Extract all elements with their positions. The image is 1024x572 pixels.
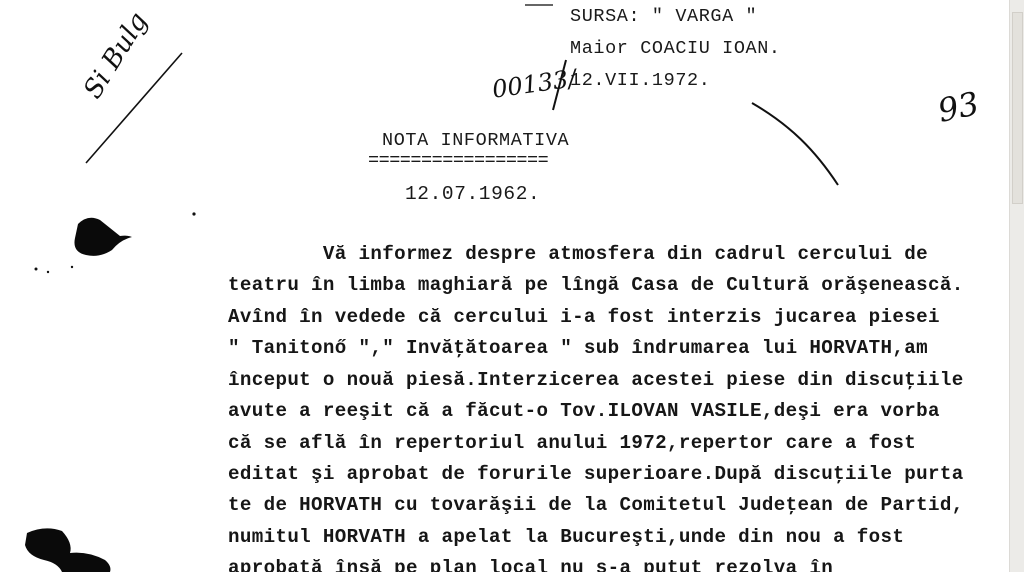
body-line: " Tanitonő "," Invăţătoarea " sub îndrum… [228, 337, 928, 359]
ink-blot [74, 218, 132, 256]
check-stroke [752, 103, 838, 185]
body-line: teatru în limba maghiară pe lîngă Casa d… [228, 274, 964, 296]
ink-blot [25, 528, 110, 572]
title-underline: ================= [368, 150, 548, 171]
body-line: avute a reeşit că a făcut-o Tov.ILOVAN V… [228, 400, 940, 422]
body-line: Vă informez despre atmosfera din cadrul … [228, 243, 928, 265]
body-line: început o nouă piesă.Interzicerea aceste… [228, 369, 964, 391]
body-line: Avînd în vedede că cercului i-a fost int… [228, 306, 940, 328]
scrollbar-thumb[interactable] [1012, 12, 1023, 204]
document-title: NOTA INFORMATIVA [382, 130, 569, 151]
body-line: că se află în repertoriul anului 1972,re… [228, 432, 916, 454]
document-page: Si Bulg 93 00133/ SURSA: " VARGA " Maior… [0, 0, 1010, 572]
body-line: numitul HORVATH a apelat la Bucureşti,un… [228, 526, 904, 548]
vertical-scrollbar[interactable] [1009, 0, 1024, 572]
body-line: te de HORVATH cu tovarăşii de la Comitet… [228, 494, 964, 516]
body-line: aprobată însă pe plan local nu s-a putut… [228, 557, 833, 572]
header-date: 12.VII.1972. [570, 70, 710, 91]
body-line: editat şi aprobat de forurile superioare… [228, 463, 964, 485]
source-line: SURSA: " VARGA " [570, 6, 757, 27]
document-date: 12.07.1962. [405, 183, 540, 205]
officer-line: Maior COACIU IOAN. [570, 38, 781, 59]
